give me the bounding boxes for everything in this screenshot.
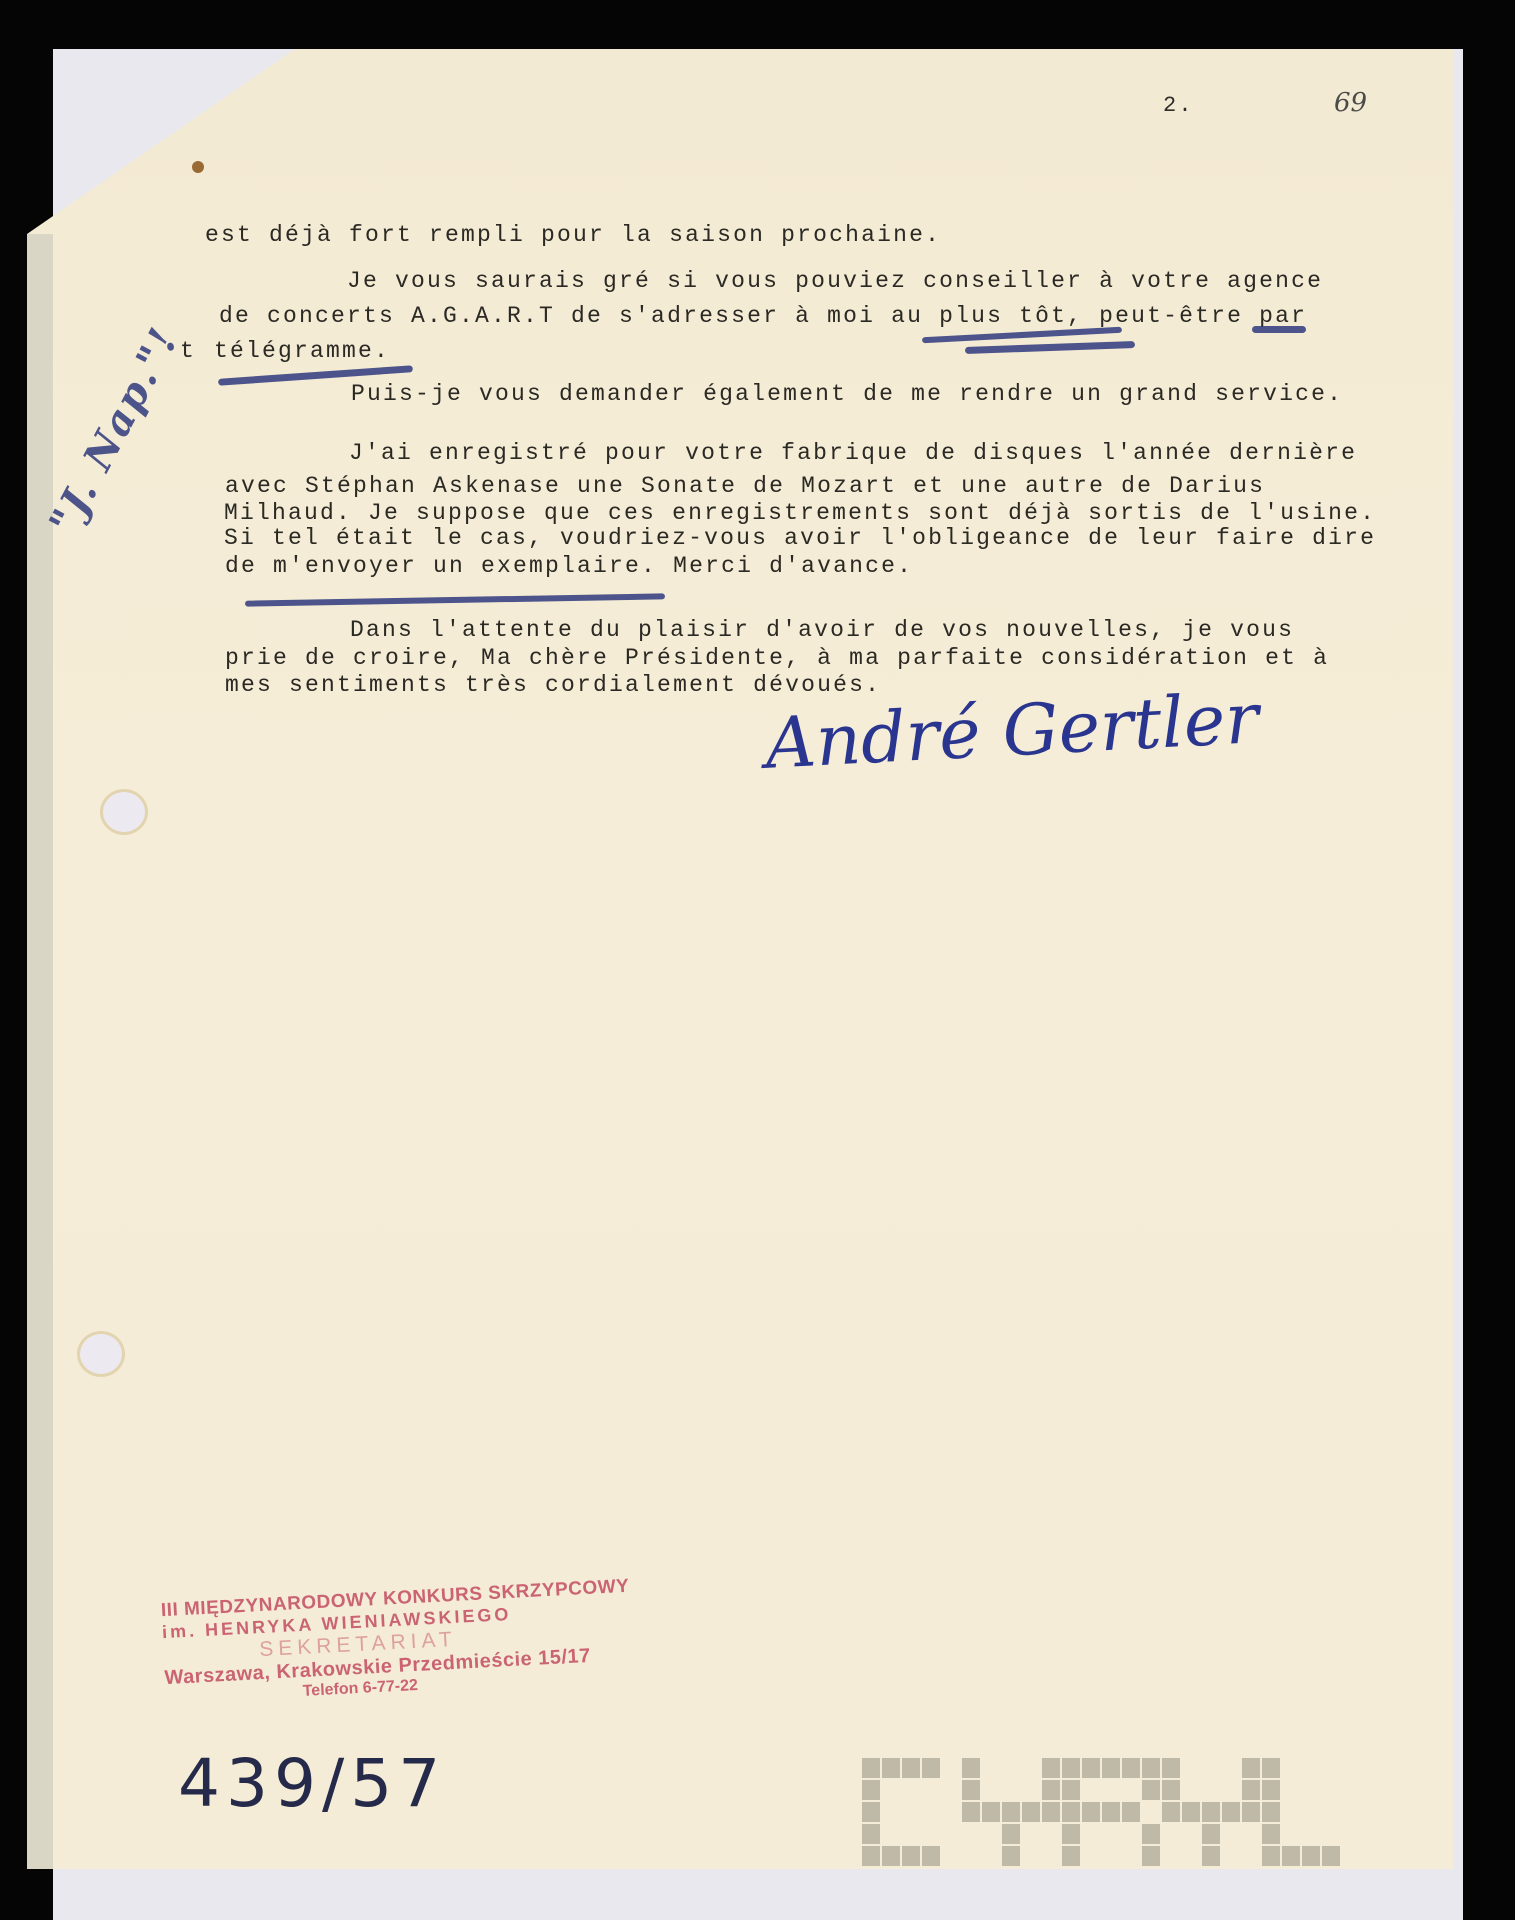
paragraph-1-line-1: est déjà fort rempli pour la saison proc… — [205, 222, 941, 249]
paragraph-5-line-3: mes sentiments très cordialement dévoués… — [225, 672, 881, 699]
punch-hole-lower — [80, 1334, 122, 1374]
paragraph-2-line-3: télégramme. — [214, 338, 390, 365]
page-number: 2. — [1163, 92, 1194, 119]
paragraph-4-line-5: de m'envoyer un exemplaire. Merci d'avan… — [225, 553, 913, 580]
paragraph-4-line-2: avec Stéphan Askenase une Sonate de Moza… — [225, 473, 1265, 500]
paragraph-3-line-1: Puis-je vous demander également de me re… — [223, 381, 1343, 408]
punch-hole-upper — [103, 792, 145, 832]
archive-number: 439/57 — [178, 1745, 446, 1822]
institution-stamp: III MIĘDZYNARODOWY KONKURS SKRZYPCOWY im… — [160, 1580, 555, 1708]
paragraph-2-line-1: Je vous saurais gré si vous pouviez cons… — [219, 268, 1323, 295]
rust-stain — [192, 161, 204, 173]
paragraph-4-line-1: J'ai enregistré pour votre fabrique de d… — [221, 440, 1357, 467]
pencil-underline — [1252, 326, 1306, 333]
paragraph-2-line-2: de concerts A.G.A.R.T de s'adresser à mo… — [219, 303, 1307, 330]
paragraph-4-line-4: Si tel était le cas, voudriez-vous avoir… — [224, 525, 1376, 552]
folio-number: 69 — [1334, 88, 1367, 118]
paragraph-5-line-2: prie de croire, Ma chère Présidente, à m… — [225, 645, 1329, 672]
cyryl-watermark-logo — [862, 1758, 1360, 1866]
paragraph-5-line-1: Dans l'attente du plaisir d'avoir de vos… — [222, 617, 1294, 644]
paper-edge-shadow — [27, 234, 53, 1869]
paragraph-4-line-3: Milhaud. Je suppose que ces enregistreme… — [224, 500, 1376, 527]
